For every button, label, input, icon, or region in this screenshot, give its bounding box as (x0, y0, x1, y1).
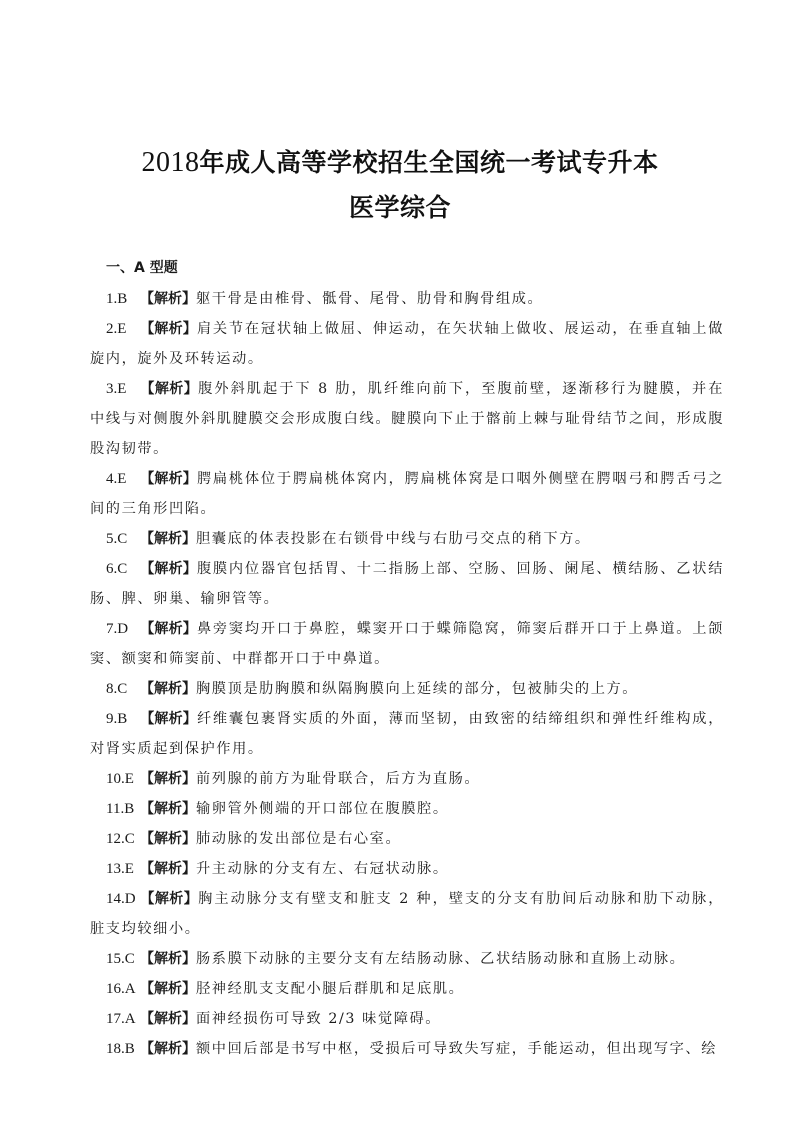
answer-number: 13.E (106, 854, 140, 884)
answer-item: 1.B【解析】躯干骨是由椎骨、骶骨、尾骨、肋骨和胸骨组成。 (90, 284, 724, 314)
answer-item: 6.C【解析】腹膜内位器官包括胃、十二指肠上部、空肠、回肠、阑尾、横结肠、乙状结… (90, 554, 724, 614)
answer-item: 15.C【解析】肠系膜下动脉的主要分支有左结肠动脉、乙状结肠动脉和直肠上动脉。 (90, 944, 724, 974)
analysis-tag: 【解析】 (140, 291, 196, 307)
answer-item: 17.A【解析】面神经损伤可导致 2/3 味觉障碍。 (90, 1004, 724, 1034)
answer-item: 13.E【解析】升主动脉的分支有左、右冠状动脉。 (90, 854, 724, 884)
document-title-line-2: 医学综合 (0, 188, 800, 224)
answer-number: 15.C (106, 944, 140, 974)
answer-number: 16.A (106, 974, 140, 1004)
analysis-tag: 【解析】 (140, 891, 198, 907)
answer-number: 17.A (106, 1004, 140, 1034)
answer-item: 5.C【解析】胆囊底的体表投影在右锁骨中线与右肋弓交点的稍下方。 (90, 524, 724, 554)
answer-number: 4.E (106, 464, 140, 494)
answer-item: 11.B【解析】输卵管外侧端的开口部位在腹膜腔。 (90, 794, 724, 824)
analysis-text: 躯干骨是由椎骨、骶骨、尾骨、肋骨和胸骨组成。 (196, 291, 543, 307)
analysis-text: 胫神经肌支支配小腿后群肌和足底肌。 (196, 981, 464, 997)
analysis-text: 肺动脉的发出部位是右心室。 (196, 831, 401, 847)
answer-item: 14.D【解析】胸主动脉分支有壁支和脏支 2 种，壁支的分支有肋间后动脉和肋下动… (90, 884, 724, 944)
analysis-tag: 【解析】 (140, 531, 196, 547)
analysis-tag: 【解析】 (140, 831, 196, 847)
analysis-text: 升主动脉的分支有左、右冠状动脉。 (196, 861, 449, 877)
answer-item: 12.C【解析】肺动脉的发出部位是右心室。 (90, 824, 724, 854)
analysis-tag: 【解析】 (140, 951, 196, 967)
answer-number: 3.E (106, 374, 140, 404)
answer-number: 5.C (106, 524, 140, 554)
answer-list: 1.B【解析】躯干骨是由椎骨、骶骨、尾骨、肋骨和胸骨组成。2.E【解析】肩关节在… (90, 284, 724, 1064)
answer-item: 16.A【解析】胫神经肌支支配小腿后群肌和足底肌。 (90, 974, 724, 1004)
title-text: 年成人高等学校招生全国统一考试专升本 (199, 148, 658, 177)
analysis-tag: 【解析】 (140, 1041, 196, 1057)
answer-item: 9.B【解析】纤维囊包裹肾实质的外面，薄而坚韧，由致密的结缔组织和弹性纤维构成，… (90, 704, 724, 764)
answer-number: 2.E (106, 314, 140, 344)
answer-item: 4.E【解析】腭扁桃体位于腭扁桃体窝内，腭扁桃体窝是口咽外侧壁在腭咽弓和腭舌弓之… (90, 464, 724, 524)
analysis-text: 额中回后部是书写中枢，受损后可导致失写症，手能运动，但出现写字、绘 (196, 1041, 717, 1057)
answer-number: 14.D (106, 884, 140, 914)
analysis-text: 肠系膜下动脉的主要分支有左结肠动脉、乙状结肠动脉和直肠上动脉。 (196, 951, 685, 967)
analysis-tag: 【解析】 (140, 861, 196, 877)
analysis-tag: 【解析】 (140, 561, 197, 577)
analysis-tag: 【解析】 (140, 321, 197, 337)
analysis-text: 胸膜顶是肋胸膜和纵隔胸膜向上延续的部分，包被肺尖的上方。 (196, 681, 638, 697)
answer-item: 7.D【解析】鼻旁窦均开口于鼻腔，蝶窦开口于蝶筛隐窝，筛窦后群开口于上鼻道。上颌… (90, 614, 724, 674)
analysis-tag: 【解析】 (140, 711, 197, 727)
analysis-tag: 【解析】 (140, 1011, 196, 1027)
document-title-line-1: 2018年成人高等学校招生全国统一考试专升本 (0, 143, 800, 179)
analysis-text: 前列腺的前方为耻骨联合，后方为直肠。 (196, 771, 480, 787)
analysis-tag: 【解析】 (140, 981, 196, 997)
answer-number: 1.B (106, 284, 140, 314)
answer-item: 2.E【解析】肩关节在冠状轴上做屈、伸运动，在矢状轴上做收、展运动，在垂直轴上做… (90, 314, 724, 374)
answer-item: 3.E【解析】腹外斜肌起于下 8 肋，肌纤维向前下，至腹前壁，逐渐移行为腱膜，并… (90, 374, 724, 464)
answer-number: 6.C (106, 554, 140, 584)
analysis-text: 面神经损伤可导致 2/3 味觉障碍。 (196, 1011, 441, 1027)
answer-item: 18.B【解析】额中回后部是书写中枢，受损后可导致失写症，手能运动，但出现写字、… (90, 1034, 724, 1064)
analysis-text: 输卵管外侧端的开口部位在腹膜腔。 (196, 801, 449, 817)
analysis-tag: 【解析】 (140, 381, 198, 397)
answer-number: 12.C (106, 824, 140, 854)
answer-number: 7.D (106, 614, 140, 644)
analysis-tag: 【解析】 (140, 681, 196, 697)
answer-number: 9.B (106, 704, 140, 734)
analysis-text: 胆囊底的体表投影在右锁骨中线与右肋弓交点的稍下方。 (196, 531, 591, 547)
analysis-tag: 【解析】 (140, 471, 197, 487)
analysis-tag: 【解析】 (140, 771, 196, 787)
title-year: 2018 (141, 147, 199, 178)
section-heading: 一、A 型题 (106, 257, 178, 277)
analysis-tag: 【解析】 (140, 801, 196, 817)
analysis-tag: 【解析】 (140, 621, 197, 637)
answer-item: 8.C【解析】胸膜顶是肋胸膜和纵隔胸膜向上延续的部分，包被肺尖的上方。 (90, 674, 724, 704)
answer-item: 10.E【解析】前列腺的前方为耻骨联合，后方为直肠。 (90, 764, 724, 794)
answer-number: 10.E (106, 764, 140, 794)
answer-number: 18.B (106, 1034, 140, 1064)
answer-number: 8.C (106, 674, 140, 704)
answer-number: 11.B (106, 794, 140, 824)
